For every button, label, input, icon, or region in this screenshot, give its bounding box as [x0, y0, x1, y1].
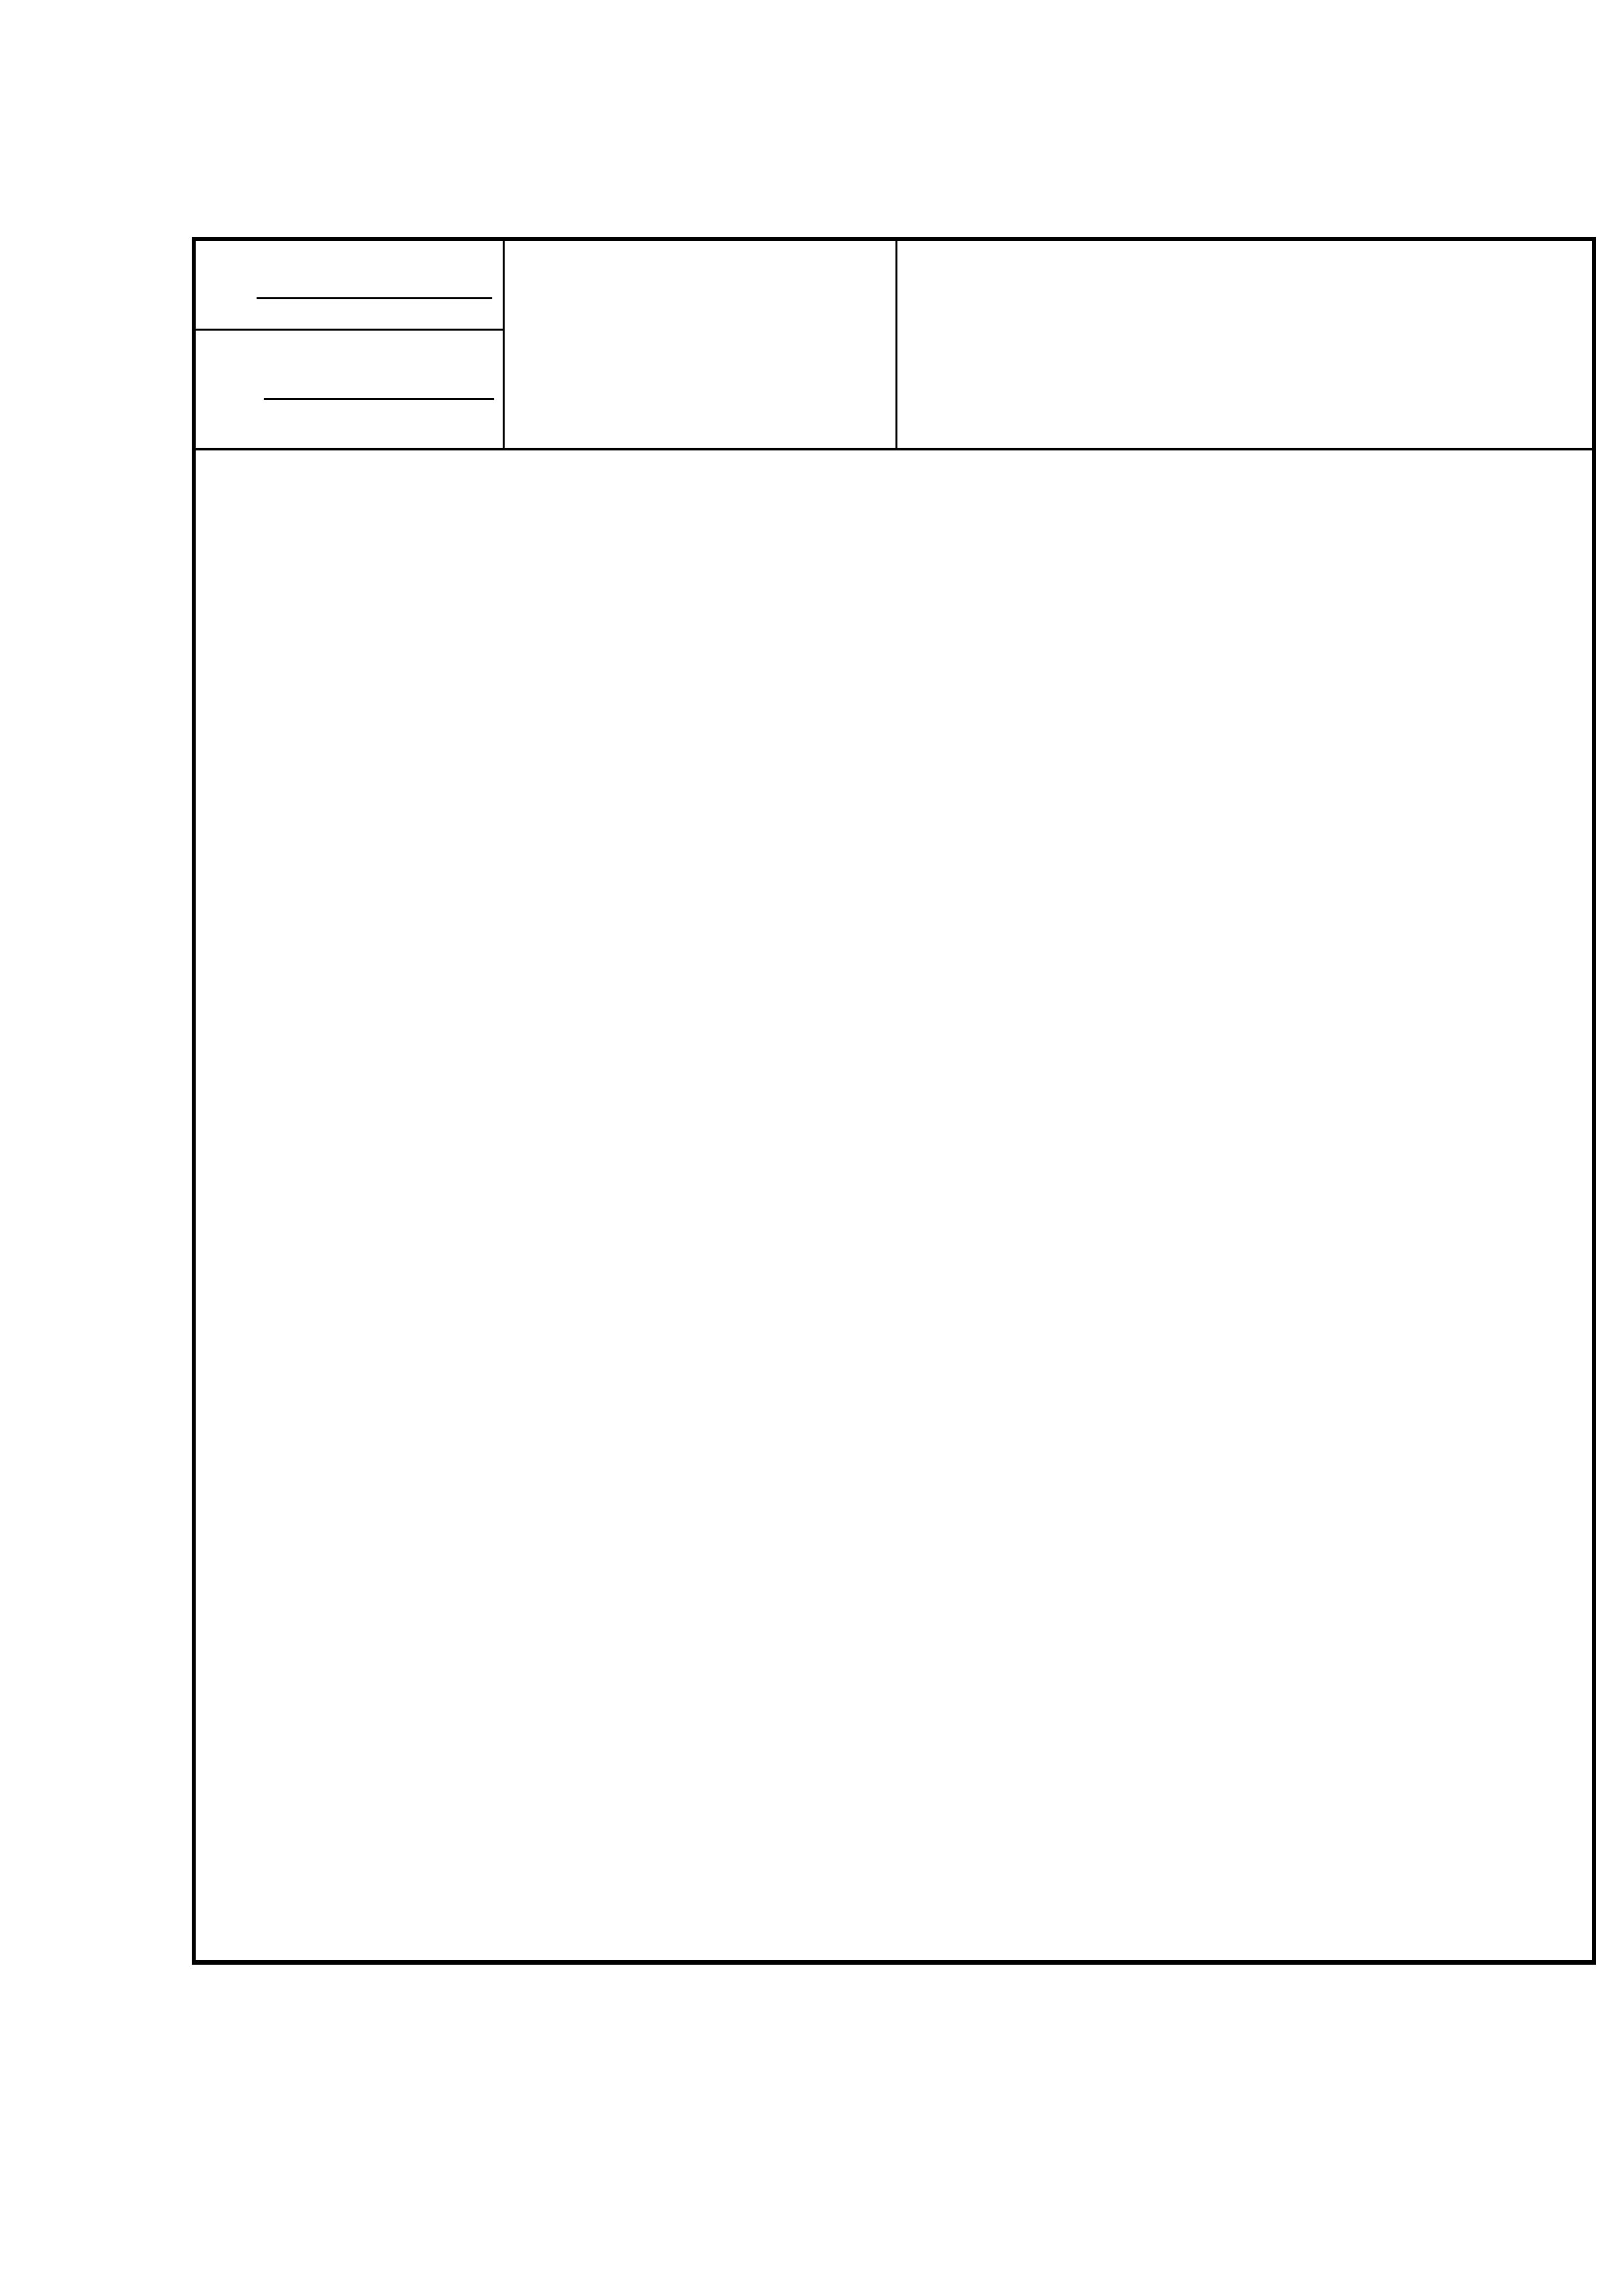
divider: [503, 237, 505, 450]
unit-field[interactable]: [264, 398, 494, 400]
table-border-left: [192, 237, 196, 1965]
table-border-bottom: [192, 1960, 1596, 1965]
as-field[interactable]: [257, 297, 492, 299]
divider: [192, 329, 504, 331]
table-border-right: [1592, 237, 1596, 1965]
divider: [895, 237, 897, 450]
divider: [192, 448, 1596, 450]
table-border-top: [192, 237, 1596, 241]
